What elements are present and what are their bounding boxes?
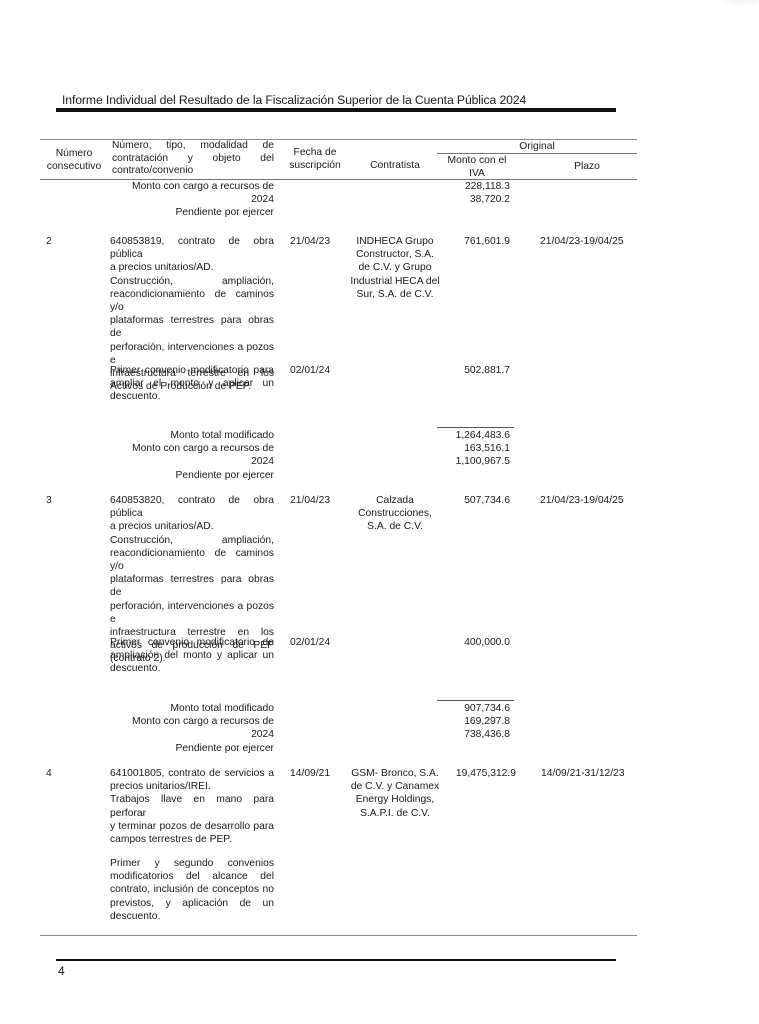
header-text: Fecha de xyxy=(280,147,350,160)
row-number: 4 xyxy=(46,767,52,780)
header-contratista: Contratista xyxy=(355,160,435,173)
header-text: suscripción xyxy=(280,160,350,173)
desc-line: contrato, inclusión de conceptos no xyxy=(110,883,274,896)
carryover-label: Monto con cargo a recursos de 2024 xyxy=(110,180,274,206)
header-original: Original xyxy=(437,141,637,154)
table-bottom-border xyxy=(40,935,637,936)
totals-labels: Monto total modificado Monto con cargo a… xyxy=(110,702,274,755)
contratista-line: Constructor, S.A. xyxy=(345,248,445,261)
desc-line: Primer convenio modificatorio para xyxy=(110,364,274,377)
convenio-fecha: 02/01/24 xyxy=(290,636,330,649)
total-label: Monto total modificado xyxy=(110,702,274,715)
desc-line: previstos, y aplicación de un xyxy=(110,897,274,910)
total-value: 169,297.8 xyxy=(440,715,510,728)
row-monto: 507,734.6 xyxy=(440,494,510,507)
desc-line: 641001805, contrato de servicios a xyxy=(110,767,274,780)
desc-line: Trabajos llave en mano para perforar xyxy=(110,793,274,819)
row-plazo: 21/04/23-19/04/25 xyxy=(540,494,624,507)
footer-rule xyxy=(56,959,616,961)
contratista-line: Construcciones, xyxy=(345,507,445,520)
total-label: Monto total modificado xyxy=(110,429,274,442)
contratista-line: Energy Holdings, xyxy=(345,793,445,806)
row-number: 2 xyxy=(46,235,52,248)
desc-line: ampliación del monto y aplicar un xyxy=(110,649,274,662)
header-text: Número, tipo, modalidad de xyxy=(112,140,274,153)
carryover-value: 38,720.2 xyxy=(440,193,510,206)
total-value: 738,436.8 xyxy=(440,728,510,741)
row-monto: 19,475,312.9 xyxy=(440,767,516,780)
total-value: 1,100,967.5 xyxy=(440,455,510,468)
desc-line: plataformas terrestres para obras de xyxy=(110,573,274,599)
row-contratista: GSM- Bronco, S.A. de C.V. y Canamex Ener… xyxy=(345,767,445,820)
contratista-line: Sur, S.A. de C.V. xyxy=(345,288,445,301)
desc-line: perforación, intervenciones a pozos e xyxy=(110,600,274,626)
desc-line: 640853820, contrato de obra pública xyxy=(110,494,274,520)
header-numero: Número consecutivo xyxy=(40,148,108,173)
convenio-monto: 400,000.0 xyxy=(440,636,510,649)
header-text: contratación y objeto del xyxy=(112,153,274,166)
desc-line: modificatorios del alcance del xyxy=(110,870,274,883)
total-rule xyxy=(437,427,514,428)
row-fecha: 21/04/23 xyxy=(290,494,330,507)
page-number: 4 xyxy=(58,964,65,978)
row-contratista: INDHECA Grupo Constructor, S.A. de C.V. … xyxy=(345,235,445,301)
contratista-line: Industrial HECA del xyxy=(345,275,445,288)
total-value: 907,734.6 xyxy=(440,702,510,715)
total-label: Pendiente por ejercer xyxy=(110,742,274,755)
header-fecha: Fecha de suscripción xyxy=(280,147,350,172)
desc-line: a precios unitarios/AD. xyxy=(110,261,274,274)
desc-line: campos terrestres de PEP. xyxy=(110,833,274,846)
header-text: consecutivo xyxy=(40,161,108,174)
header-text: Número xyxy=(40,148,108,161)
carryover-values: 228,118.3 38,720.2 xyxy=(440,180,510,206)
row-fecha: 14/09/21 xyxy=(290,767,330,780)
desc-line: descuento. xyxy=(110,390,274,403)
page-corner-shadow xyxy=(709,0,759,10)
contratista-line: Calzada xyxy=(345,494,445,507)
contratista-line: INDHECA Grupo xyxy=(345,235,445,248)
total-label: Pendiente por ejercer xyxy=(110,469,274,482)
desc-line: Construcción, ampliación, xyxy=(110,275,274,288)
desc-line: plataformas terrestres para obras de xyxy=(110,314,274,340)
desc-line: y terminar pozos de desarrollo para xyxy=(110,820,274,833)
header-plazo: Plazo xyxy=(537,161,637,174)
report-title: Informe Individual del Resultado de la F… xyxy=(62,93,526,107)
total-label: Monto con cargo a recursos de 2024 xyxy=(110,715,274,741)
desc-line: descuento. xyxy=(110,662,274,675)
title-rule xyxy=(56,108,616,112)
total-value: 1,264,483.6 xyxy=(440,429,510,442)
total-label: Monto con cargo a recursos de 2024 xyxy=(110,442,274,468)
convenio-fecha: 02/01/24 xyxy=(290,364,330,377)
totals-values: 1,264,483.6 163,516.1 1,100,967.5 xyxy=(440,429,510,469)
desc-line: ampliar el monto y aplicar un xyxy=(110,377,274,390)
header-text: contrato/convenio xyxy=(112,165,274,178)
desc-line: descuento. xyxy=(110,910,274,923)
desc-line: Primer convenio modificatorio de xyxy=(110,636,274,649)
desc-line: 640853819, contrato de obra pública xyxy=(110,235,274,261)
carryover-label: Pendiente por ejercer xyxy=(110,206,274,219)
carryover-labels: Monto con cargo a recursos de 2024 Pendi… xyxy=(110,180,274,220)
totals-labels: Monto total modificado Monto con cargo a… xyxy=(110,429,274,482)
header-text: Monto con el xyxy=(437,155,517,168)
contratista-line: S.A. de C.V. xyxy=(345,520,445,533)
contratista-line: GSM- Bronco, S.A. xyxy=(345,767,445,780)
row-plazo: 14/09/21-31/12/23 xyxy=(541,767,625,780)
totals-values: 907,734.6 169,297.8 738,436.8 xyxy=(440,702,510,742)
header-monto: Monto con el IVA xyxy=(437,155,517,180)
row-description: 641001805, contrato de servicios a preci… xyxy=(110,767,274,846)
row-fecha: 21/04/23 xyxy=(290,235,330,248)
carryover-value: 228,118.3 xyxy=(440,180,510,193)
contratista-line: de C.V. y Grupo xyxy=(345,261,445,274)
convenio-description: Primer convenio modificatorio para ampli… xyxy=(110,364,274,404)
contratista-line: S.A.P.I. de C.V. xyxy=(345,807,445,820)
desc-line: a precios unitarios/AD. xyxy=(110,520,274,533)
contratista-line: de C.V. y Canamex xyxy=(345,780,445,793)
desc-line: Construcción, ampliación, xyxy=(110,534,274,547)
row-plazo: 21/04/23-19/04/25 xyxy=(540,235,624,248)
desc-line: reacondicionamiento de caminos y/o xyxy=(110,547,274,573)
desc-line: reacondicionamiento de caminos y/o xyxy=(110,288,274,314)
convenio-description: Primer y segundo convenios modificatorio… xyxy=(110,857,274,923)
header-text: IVA xyxy=(437,168,517,181)
row-monto: 761,601.9 xyxy=(440,235,510,248)
total-value: 163,516.1 xyxy=(440,442,510,455)
row-contratista: Calzada Construcciones, S.A. de C.V. xyxy=(345,494,445,534)
desc-line: Primer y segundo convenios xyxy=(110,857,274,870)
convenio-description: Primer convenio modificatorio de ampliac… xyxy=(110,636,274,676)
row-number: 3 xyxy=(46,494,52,507)
desc-line: precios unitarios/IREI. xyxy=(110,780,274,793)
header-descripcion: Número, tipo, modalidad de contratación … xyxy=(112,140,274,178)
convenio-monto: 502,881.7 xyxy=(440,364,510,377)
total-rule xyxy=(437,700,514,701)
